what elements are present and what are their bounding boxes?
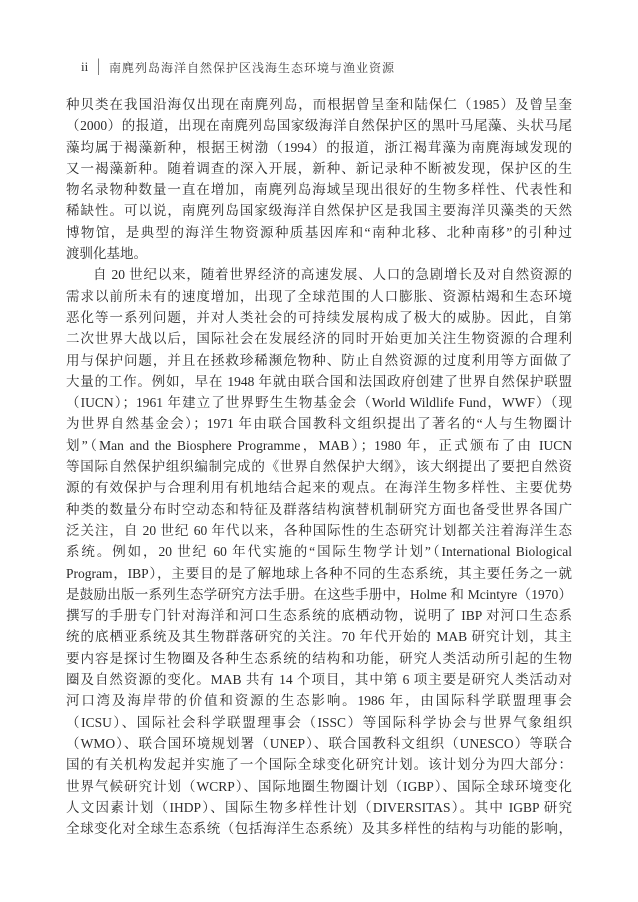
text-line: 要内容是探讨生物圈及各种生态系统的结构和功能，研究人类活动所引起的生物 [66,648,572,669]
text-line: 又一褐藻新种。随着调查的深入开展，新种、新记录种不断被发现，保护区的生 [66,158,572,179]
text-line: 恶化等一系列问题，并对人类社会的可持续发展构成了极大的威胁。因此，自第 [66,307,572,328]
text-line: 等国际自然保护组织编制完成的《世界自然保护大纲》，该大纲提出了要把自然资 [66,456,572,477]
text-line: 种类的数量分布时空动态和特征及群落结构演替机制研究方面也备受世界各国广 [66,499,572,520]
text-line: 国的有关机构发起并实施了一个国际全球变化研究计划。该计划分为四大部分： [66,754,572,775]
text-line: 需求以前所未有的速度增加，出现了全球范围的人口膨胀、资源枯竭和生态环境 [66,286,572,307]
text-line: 自 20 世纪以来，随着世界经济的高速发展、人口的急剧增长及对自然资源的 [66,264,572,285]
text-line: 是鼓励出版一系列生态学研究方法手册。在这些手册中，Holme 和 Mcintyr… [66,584,572,605]
text-line: 大量的工作。例如，早在 1948 年就由联合国和法国政府创建了世界自然保护联盟 [66,371,572,392]
text-line: Program，IBP），主要目的是了解地球上各种不同的生态系统，其主要任务之一… [66,563,572,584]
text-line: 用与保护问题，并且在拯救珍稀濒危物种、防止自然资源的过度利用等方面做了 [66,350,572,371]
text-line: （ICSU）、国际社会科学联盟理事会（ISSC）等国际科学协会与世界气象组织 [66,712,572,733]
text-line: 全球变化对全球生态系统（包括海洋生态系统）及其多样性的结构与功能的影响， [66,818,572,839]
text-line: 博物馆，是典型的海洋生物资源种质基因库和“南种北移、北种南移”的引种过 [66,222,572,243]
text-line: 泛关注，自 20 世纪 60 年代以来，各种国际性的生态研究计划都关注着海洋生态 [66,520,572,541]
text-line: 种贝类在我国沿海仅出现在南麂列岛，而根据曾呈奎和陆保仁（1985）及曾呈奎 [66,94,572,115]
paragraph: 自 20 世纪以来，随着世界经济的高速发展、人口的急剧增长及对自然资源的需求以前… [66,264,572,839]
paragraph: 种贝类在我国沿海仅出现在南麂列岛，而根据曾呈奎和陆保仁（1985）及曾呈奎（20… [66,94,572,264]
text-line: 为世界自然基金会）；1971 年由联合国教科文组织提出了著名的“人与生物圈计 [66,413,572,434]
text-line: （IUCN）；1961 年建立了世界野生生物基金会（World Wildlife… [66,392,572,413]
text-line: 撰写的手册专门针对海洋和河口生态系统的底栖动物，说明了 IBP 对河口生态系 [66,605,572,626]
text-line: （2000）的报道，出现在南麂列岛国家级海洋自然保护区的黑叶马尾藻、头状马尾 [66,115,572,136]
text-line: 人文因素计划（IHDP）、国际生物多样性计划（DIVERSITAS）。其中 IG… [66,797,572,818]
text-line: 统的底栖亚系统及其生物群落研究的关注。70 年代开始的 MAB 研究计划，其主 [66,626,572,647]
text-line: 系统。例如，20 世纪 60 年代实施的“国际生物学计划”（Internatio… [66,541,572,562]
text-block: 种贝类在我国沿海仅出现在南麂列岛，而根据曾呈奎和陆保仁（1985）及曾呈奎（20… [66,94,572,839]
page-number: ii [81,59,88,75]
text-line: 渡驯化基地。 [66,243,572,264]
text-line: （WMO）、联合国环境规划署（UNEP）、联合国教科文组织（UNESCO）等联合 [66,733,572,754]
book-page: ii | 南麂列岛海洋自然保护区浅海生态环境与渔业资源 种贝类在我国沿海仅出现在… [0,0,638,902]
running-header: ii | 南麂列岛海洋自然保护区浅海生态环境与渔业资源 [81,57,395,77]
text-line: 圈及自然资源的变化。MAB 共有 14 个项目，其中第 6 项主要是研究人类活动… [66,669,572,690]
text-line: 源的有效保护与合理利用有机地结合起来的观点。在海洋生物多样性、主要优势 [66,477,572,498]
text-line: 世界气候研究计划（WCRP）、国际地圈生物圈计划（IGBP）、国际全球环境变化 [66,776,572,797]
text-line: 稀缺性。可以说，南麂列岛国家级海洋自然保护区是我国主要海洋贝藻类的天然 [66,200,572,221]
header-divider: | [97,57,100,77]
text-line: 藻均属于褐藻新种，根据王树渤（1994）的报道，浙江褐茸藻为南麂海域发现的 [66,137,572,158]
text-line: 二次世界大战以后，国际社会在发展经济的同时开始更加关注生物资源的合理利 [66,328,572,349]
text-line: 划”（Man and the Biosphere Programme，MAB）；… [66,435,572,456]
book-title: 南麂列岛海洋自然保护区浅海生态环境与渔业资源 [109,59,395,76]
text-line: 河口湾及海岸带的价值和资源的生态影响。1986 年，由国际科学联盟理事会 [66,690,572,711]
text-line: 物名录物种数量一直在增加，南麂列岛海域呈现出很好的生物多样性、代表性和 [66,179,572,200]
